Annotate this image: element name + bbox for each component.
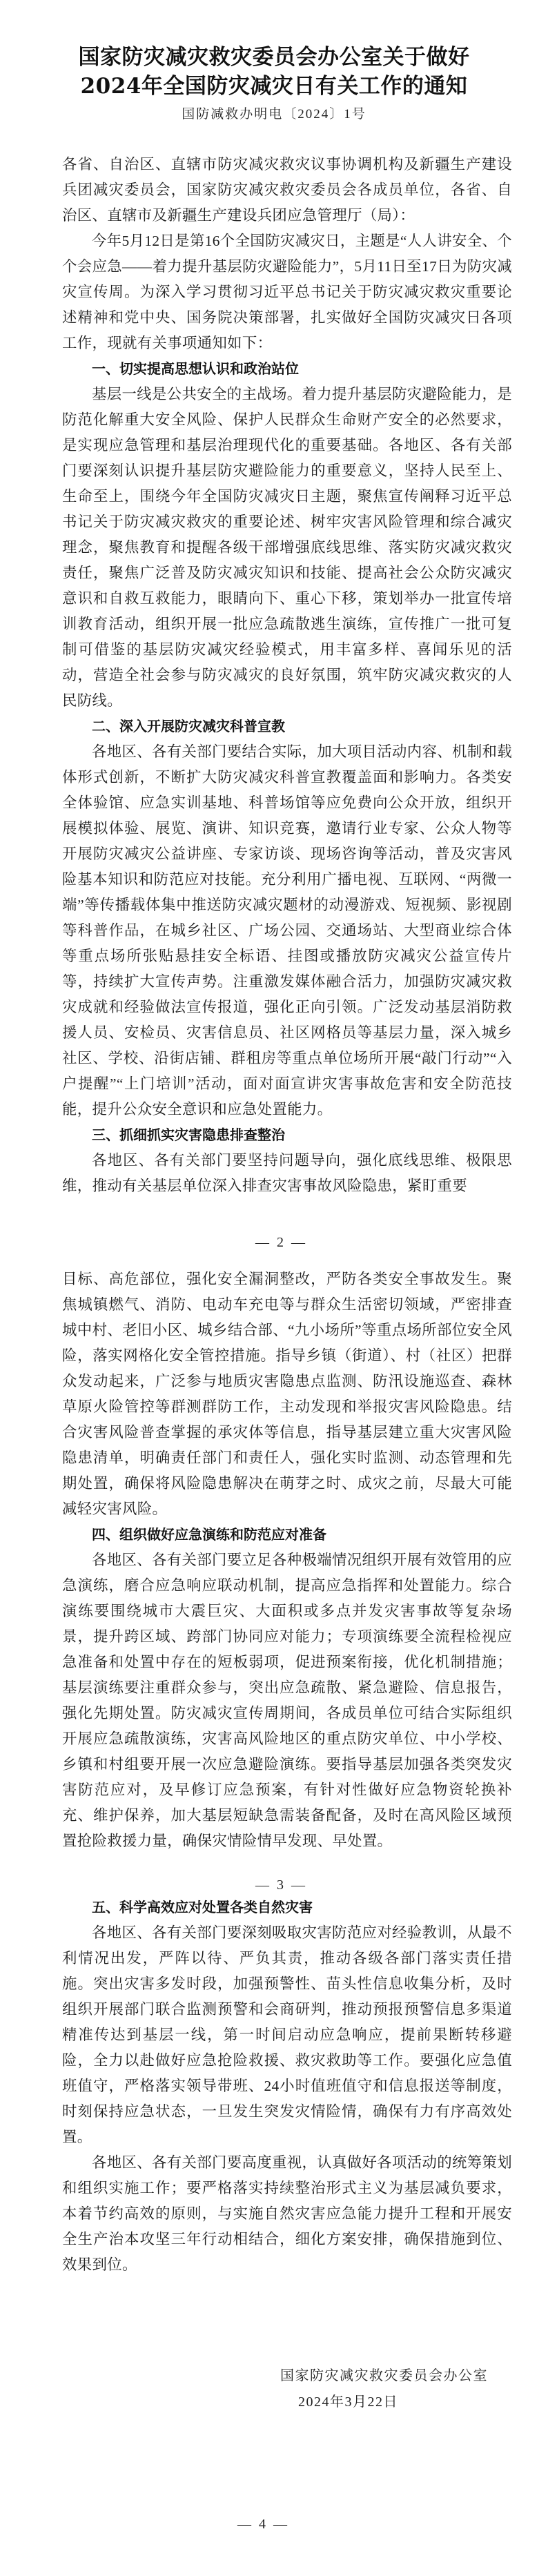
section-2-heading: 二、深入开展防灾减灾科普宣教 — [62, 714, 512, 739]
section-3-paragraph-part1: 各地区、各有关部门要坚持问题导向，强化底线思维、极限思维，推动有关基层单位深入排… — [62, 1148, 512, 1199]
page-number-3: — 3 — — [255, 1877, 307, 1893]
section-1-paragraph: 基层一线是公共安全的主战场。着力提升基层防灾避险能力，是防范化解重大安全风险、保… — [62, 382, 512, 714]
addressee: 各省、自治区、直辖市防灾减灾救灾议事协调机构及新疆生产建设兵团减灾委员会，国家防… — [62, 152, 512, 228]
signature-date: 2024年3月22日 — [298, 2390, 398, 2410]
closing-paragraph: 各地区、各有关部门要高度重视，认真做好各项活动的统筹策划和组织实施工作；要严格落… — [62, 2150, 512, 2278]
document-number: 国防减救办明电〔2024〕1号 — [0, 104, 548, 122]
document-title-line-2: 2024年全国防灾减灾日有关工作的通知 — [0, 72, 548, 100]
section-3-heading: 三、抓细抓实灾害隐患排查整治 — [62, 1122, 512, 1148]
intro-paragraph: 今年5月12日是第16个全国防灾减灾日，主题是“人人讲安全、个个会应急——着力提… — [62, 228, 512, 356]
page-number-2: — 2 — — [255, 1235, 307, 1251]
section-4-paragraph: 各地区、各有关部门要立足各种极端情况组织开展有效管用的应急演练，磨合应急响应联动… — [62, 1548, 512, 1854]
body-block-page1: 各省、自治区、直辖市防灾减灾救灾议事协调机构及新疆生产建设兵团减灾委员会，国家防… — [62, 152, 512, 1199]
page-number-4: — 4 — — [237, 2517, 289, 2533]
body-block-page2: 目标、高危部位，强化安全漏洞整改，严防各类安全事故发生。聚焦城镇燃气、消防、电动… — [62, 1267, 512, 1854]
document-page: 国家防灾减灾救灾委员会办公室关于做好 2024年全国防灾减灾日有关工作的通知 国… — [0, 0, 548, 2576]
section-4-heading: 四、组织做好应急演练和防范应对准备 — [62, 1522, 512, 1548]
section-3-paragraph-part2: 目标、高危部位，强化安全漏洞整改，严防各类安全事故发生。聚焦城镇燃气、消防、电动… — [62, 1267, 512, 1522]
section-1-heading: 一、切实提高思想认识和政治站位 — [62, 356, 512, 382]
section-5-heading: 五、科学高效应对处置各类自然灾害 — [62, 1895, 512, 1920]
signature-issuer: 国家防灾减灾救灾委员会办公室 — [280, 2364, 488, 2384]
section-2-paragraph: 各地区、各有关部门要结合实际，加大项目活动内容、机制和载体形式创新，不断扩大防灾… — [62, 739, 512, 1122]
section-5-paragraph: 各地区、各有关部门要深刻吸取灾害防范应对经验教训，从最不利情况出发，严阵以待、严… — [62, 1920, 512, 2150]
document-title-line-1: 国家防灾减灾救灾委员会办公室关于做好 — [0, 43, 548, 71]
body-block-page3: 五、科学高效应对处置各类自然灾害 各地区、各有关部门要深刻吸取灾害防范应对经验教… — [62, 1895, 512, 2278]
